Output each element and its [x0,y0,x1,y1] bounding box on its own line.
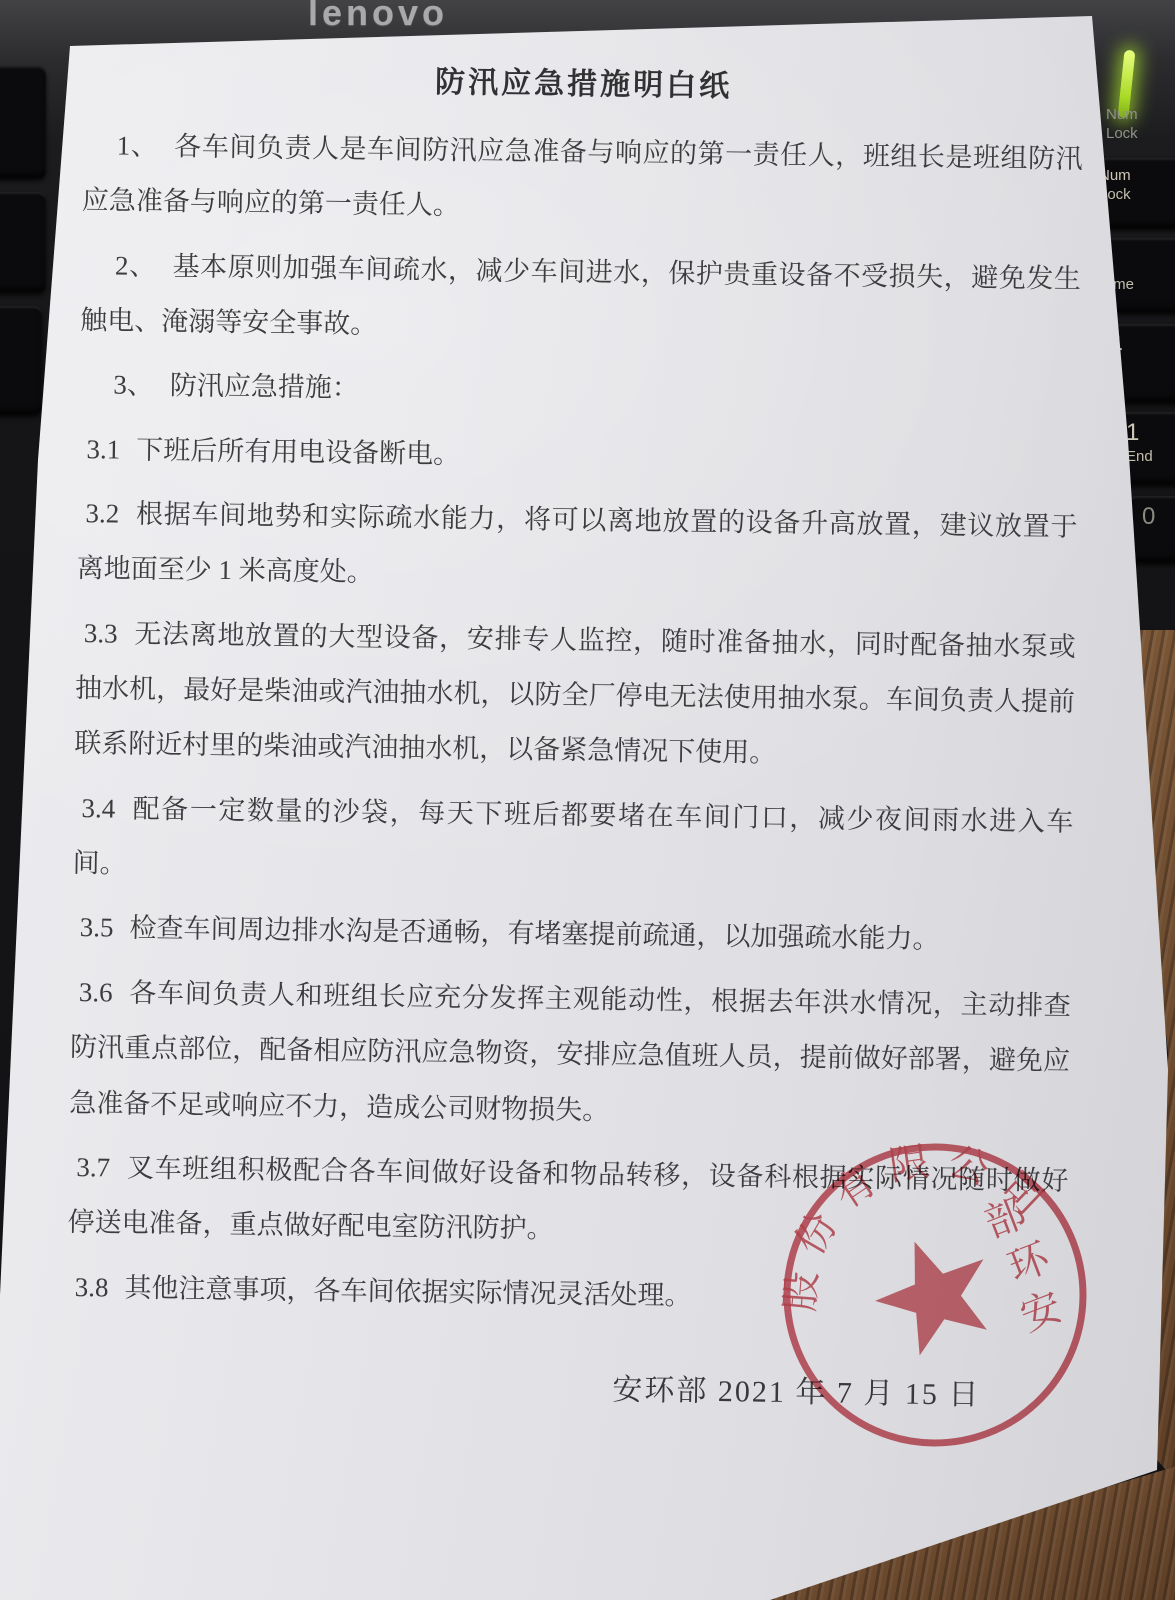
item-number: 3、 [113,370,154,401]
item-number: 3.1 [86,434,120,464]
item-number: 3.5 [80,912,114,942]
stamp-side-char-3: 安 [1014,1283,1067,1339]
stamp-star-icon [860,1221,1007,1363]
item-text: 基本原则加强车间疏水，减少车间进水，保护贵重设备不受损失，避免发生触电、淹溺等安… [80,251,1081,339]
paragraph-3-1: 3.1下班后所有用电设备断电。 [78,422,1079,491]
item-text: 检查车间周边排水沟是否通畅，有堵塞提前疏通，以加强疏水能力。 [129,913,939,954]
item-text: 配备一定数量的沙袋，每天下班后都要堵在车间门口，减少夜间雨水进入车间。 [72,794,1073,879]
item-text: 无法离地放置的大型设备，安排专人监控，随时准备抽水，同时配备抽水泵或抽水机，最好… [74,619,1076,769]
key-amp-sub-label: 7 [0,218,46,238]
item-text: 根据车间地势和实际疏水能力，将可以离地放置的设备升高放置，建议放置于离地面至少 … [77,499,1078,588]
item-number: 3.7 [76,1152,110,1182]
item-number: 3.4 [81,793,115,823]
item-text: 各车间负责人和班组长应充分发挥主观能动性，根据去年洪水情况，主动排查防汛重点部位… [69,978,1071,1125]
paragraph-3-2: 3.2根据车间地势和实际疏水能力，将可以离地放置的设备升高放置，建议放置于离地面… [76,486,1077,611]
item-text: 各车间负责人是车间防汛应急准备与响应的第一责任人，班组长是班组防汛应急准备与响应… [82,131,1083,220]
key-left-blank [0,66,46,178]
document-title: 防汛应急措施明白纸 [83,52,1084,110]
item-text: 其他注意事项，各车间依据实际情况灵活处理。 [124,1272,691,1310]
led-label-line1: Num [1106,106,1138,123]
item-number: 1、 [116,130,158,161]
paragraph-3: 3、防汛应急措施： [79,357,1080,426]
item-text: 防汛应急措施： [170,371,359,404]
key-amp-label: & [0,192,46,218]
paragraph-1: 1、各车间负责人是车间防汛应急准备与响应的第一责任人，班组长是班组防汛应急准备与… [82,118,1083,243]
lenovo-logo: lenovo [308,0,448,34]
paragraph-3-4: 3.4配备一定数量的沙袋，每天下班后都要堵在车间门口，减少夜间雨水进入车间。 [72,781,1073,906]
stamp-side-char-2: 环 [1002,1234,1056,1291]
paragraph-3-3: 3.3无法离地放置的大型设备，安排专人监控，随时准备抽水，同时配备抽水泵或抽水机… [74,606,1076,786]
item-number: 2、 [115,250,157,281]
led-label-line2: Lock [1106,125,1138,142]
paragraph-3-5: 3.5检查车间周边排水沟是否通畅，有堵塞提前疏通，以加强疏水能力。 [71,900,1072,969]
paragraph-3-6: 3.6各车间负责人和班组长应充分发挥主观能动性，根据去年洪水情况，主动排查防汛重… [69,965,1071,1145]
key-left-blank2 [0,306,42,414]
item-text: 下班后所有用电设备断电。 [136,434,460,469]
item-number: 3.8 [75,1272,109,1302]
num-lock-led-label: Num Lock [1106,106,1138,144]
item-number: 3.2 [85,498,119,528]
key-0-label: 0 [1128,496,1175,529]
paragraph-2: 2、基本原则加强车间疏水，减少车间进水，保护贵重设备不受损失，避免发生触电、淹溺… [80,238,1081,363]
item-number: 3.6 [79,977,113,1007]
key-ampersand-7: & 7 [0,192,46,292]
item-number: 3.3 [84,618,118,648]
photo-of-document: lenovo Num Lock Num Lock 7 Home 4 ← 1 En… [0,0,1175,1600]
